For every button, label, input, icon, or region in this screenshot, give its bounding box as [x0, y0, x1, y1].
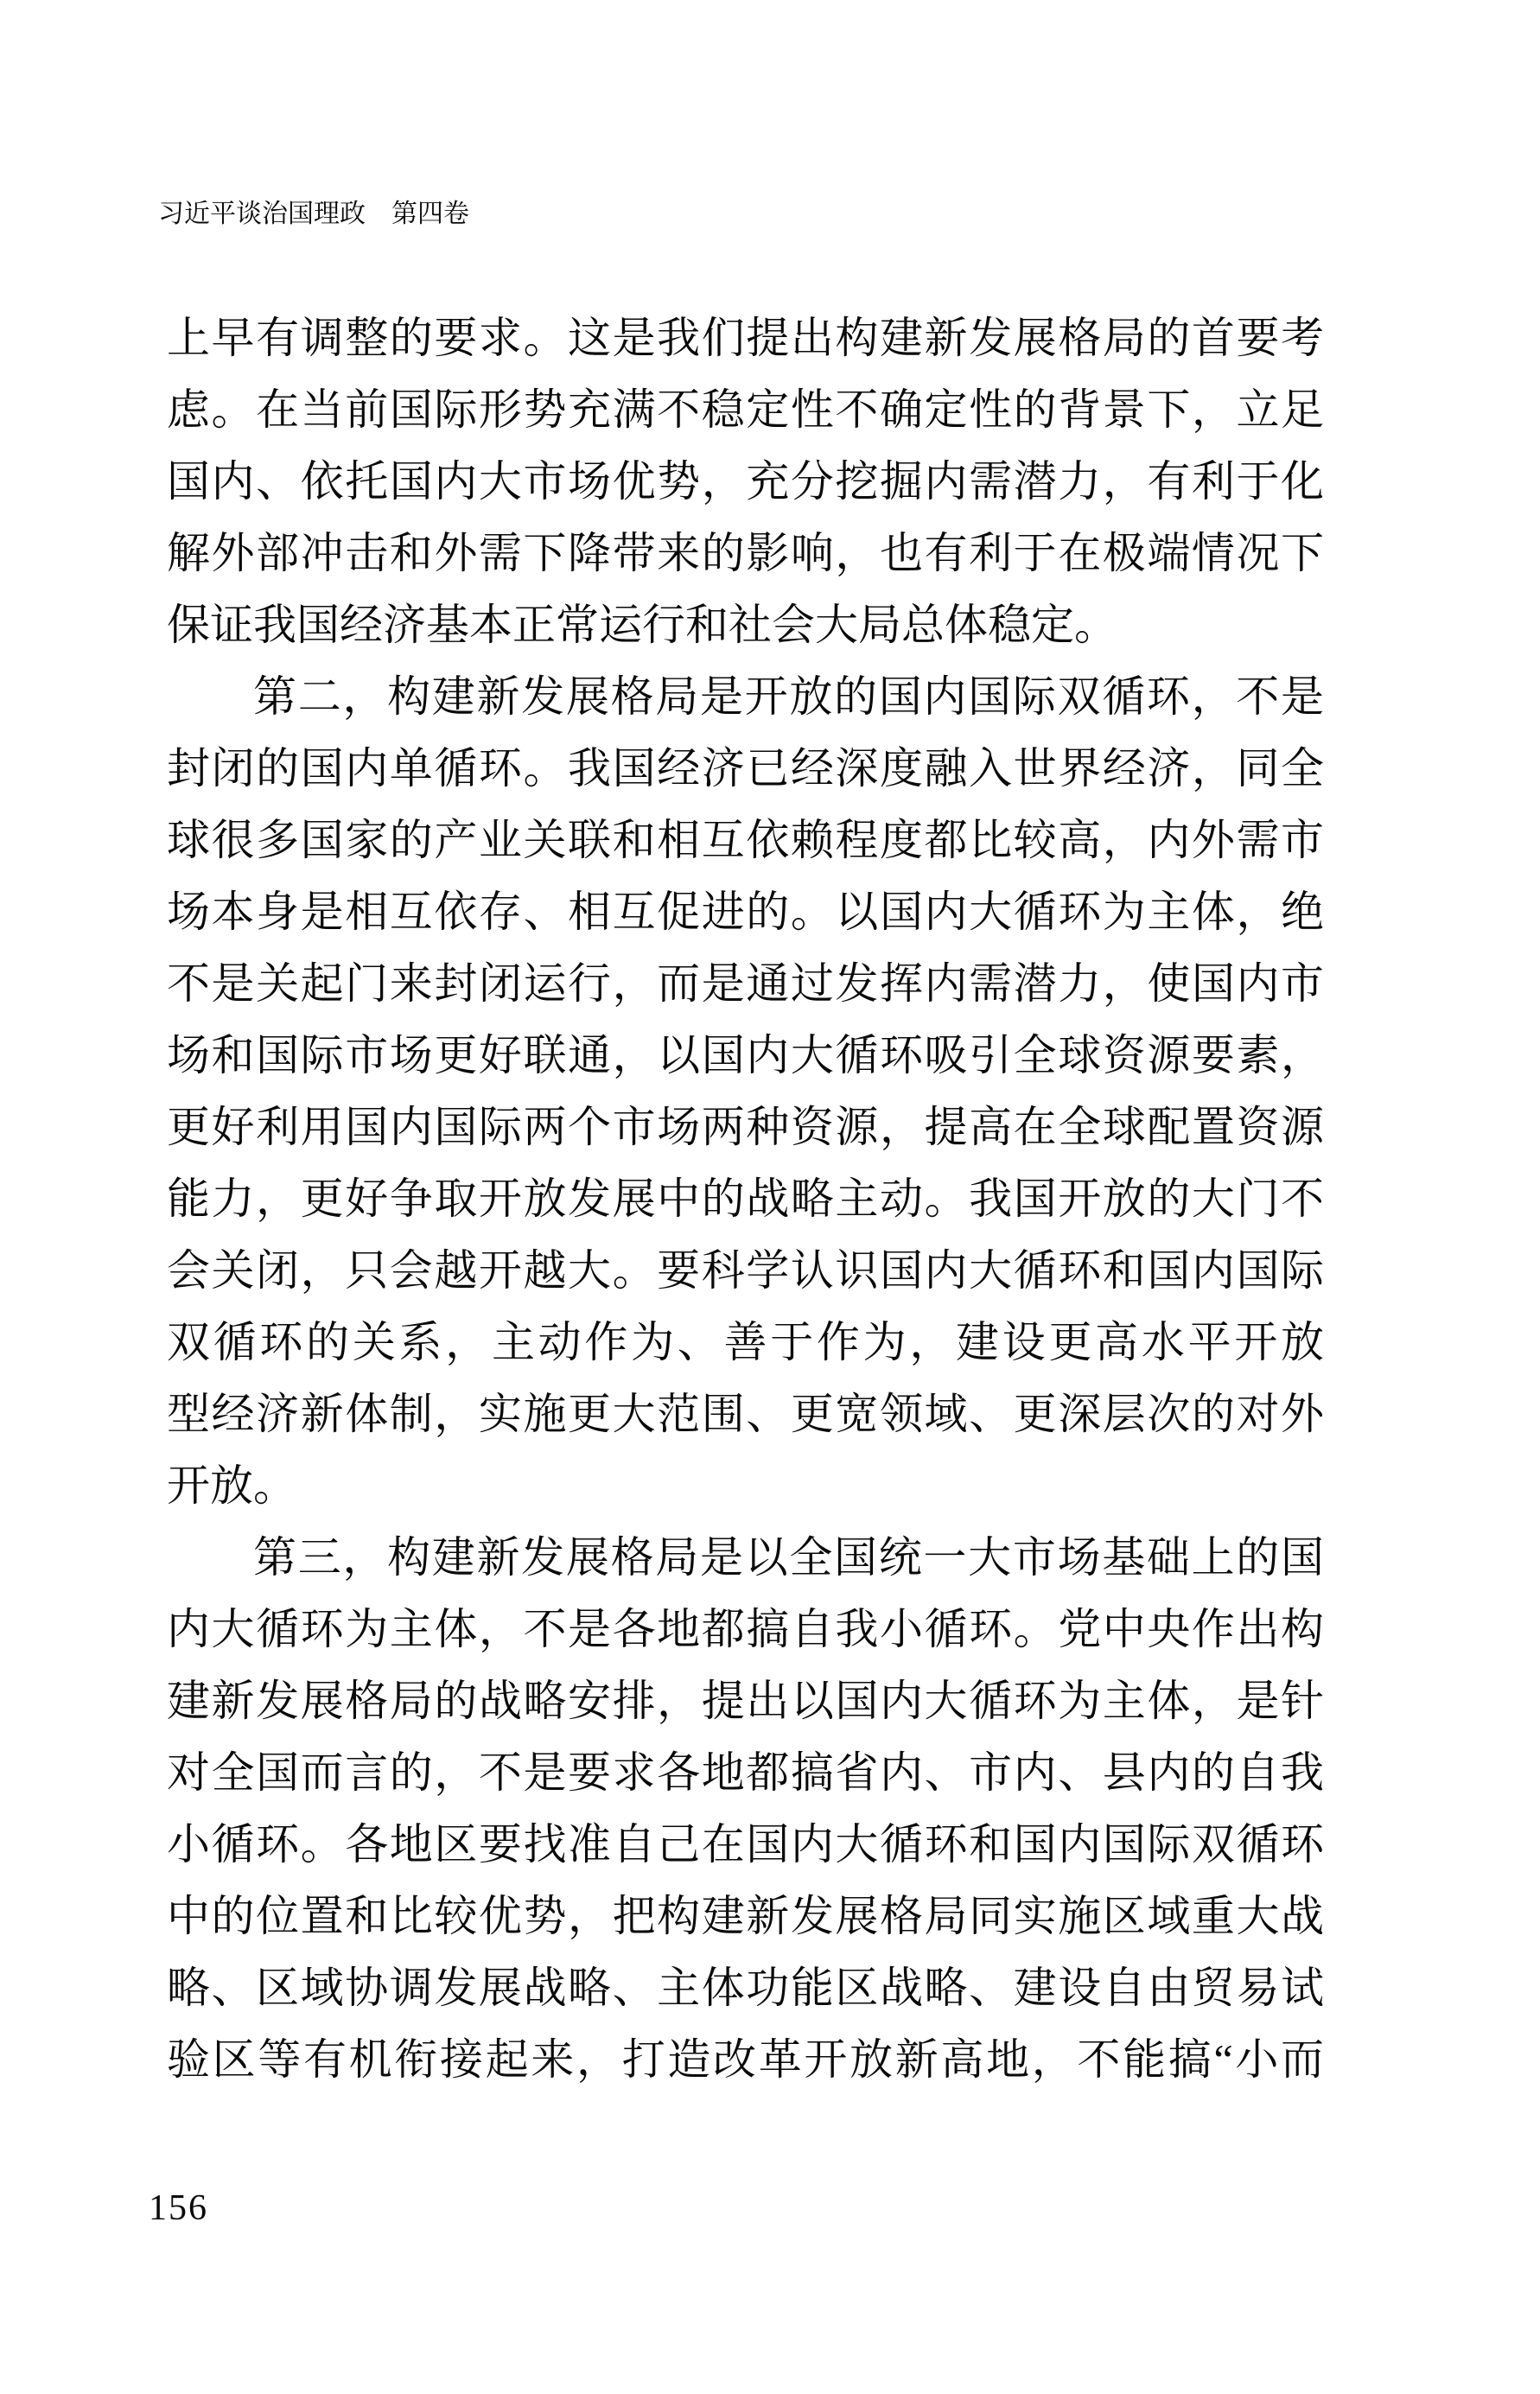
text-line: 球很多国家的产业关联和相互依赖程度都比较高，内外需市 — [167, 805, 1324, 876]
paragraph: 第二，构建新发展格局是开放的国内国际双循环，不是 封闭的国内单循环。我国经济已经… — [167, 661, 1324, 1522]
text-line: 第三，构建新发展格局是以全国统一大市场基础上的国 — [167, 1522, 1324, 1594]
book-page: 习近平谈治国理政 第四卷 上早有调整的要求。这是我们提出构建新发展格局的首要考 … — [0, 0, 1540, 2394]
text-line: 场和国际市场更好联通，以国内大循环吸引全球资源要素， — [167, 1020, 1324, 1092]
text-line: 上早有调整的要求。这是我们提出构建新发展格局的首要考 — [167, 302, 1324, 374]
text-line: 双循环的关系，主动作为、善于作为，建设更高水平开放 — [167, 1307, 1324, 1378]
text-line: 略、区域协调发展战略、主体功能区战略、建设自由贸易试 — [167, 1952, 1324, 2024]
text-line: 中的位置和比较优势，把构建新发展格局同实施区域重大战 — [167, 1881, 1324, 1952]
page-number: 156 — [149, 2187, 208, 2230]
text-line: 封闭的国内单循环。我国经济已经深度融入世界经济，同全 — [167, 733, 1324, 805]
paragraph: 第三，构建新发展格局是以全国统一大市场基础上的国 内大循环为主体，不是各地都搞自… — [167, 1522, 1324, 2096]
text-line: 虑。在当前国际形势充满不稳定性不确定性的背景下，立足 — [167, 374, 1324, 446]
text-line: 场本身是相互依存、相互促进的。以国内大循环为主体，绝 — [167, 876, 1324, 948]
text-line: 验区等有机衔接起来，打造改革开放新高地，不能搞“小而 — [167, 2024, 1324, 2096]
paragraph: 上早有调整的要求。这是我们提出构建新发展格局的首要考 虑。在当前国际形势充满不稳… — [167, 302, 1324, 661]
text-line: 型经济新体制，实施更大范围、更宽领域、更深层次的对外 — [167, 1378, 1324, 1450]
running-header: 习近平谈治国理政 第四卷 — [158, 197, 469, 232]
text-line: 国内、依托国内大市场优势，充分挖掘内需潜力，有利于化 — [167, 446, 1324, 518]
text-line: 开放。 — [167, 1450, 1324, 1522]
text-line: 保证我国经济基本正常运行和社会大局总体稳定。 — [167, 589, 1324, 661]
text-line: 小循环。各地区要找准自己在国内大循环和国内国际双循环 — [167, 1809, 1324, 1881]
body-text: 上早有调整的要求。这是我们提出构建新发展格局的首要考 虑。在当前国际形势充满不稳… — [167, 302, 1324, 2096]
text-line: 内大循环为主体，不是各地都搞自我小循环。党中央作出构 — [167, 1594, 1324, 1665]
text-line: 建新发展格局的战略安排，提出以国内大循环为主体，是针 — [167, 1665, 1324, 1737]
text-line: 不是关起门来封闭运行，而是通过发挥内需潜力，使国内市 — [167, 948, 1324, 1020]
text-line: 第二，构建新发展格局是开放的国内国际双循环，不是 — [167, 661, 1324, 733]
text-line: 会关闭，只会越开越大。要科学认识国内大循环和国内国际 — [167, 1235, 1324, 1307]
text-line: 解外部冲击和外需下降带来的影响，也有利于在极端情况下 — [167, 518, 1324, 589]
text-line: 能力，更好争取开放发展中的战略主动。我国开放的大门不 — [167, 1163, 1324, 1235]
text-line: 更好利用国内国际两个市场两种资源，提高在全球配置资源 — [167, 1092, 1324, 1163]
text-line: 对全国而言的，不是要求各地都搞省内、市内、县内的自我 — [167, 1737, 1324, 1809]
